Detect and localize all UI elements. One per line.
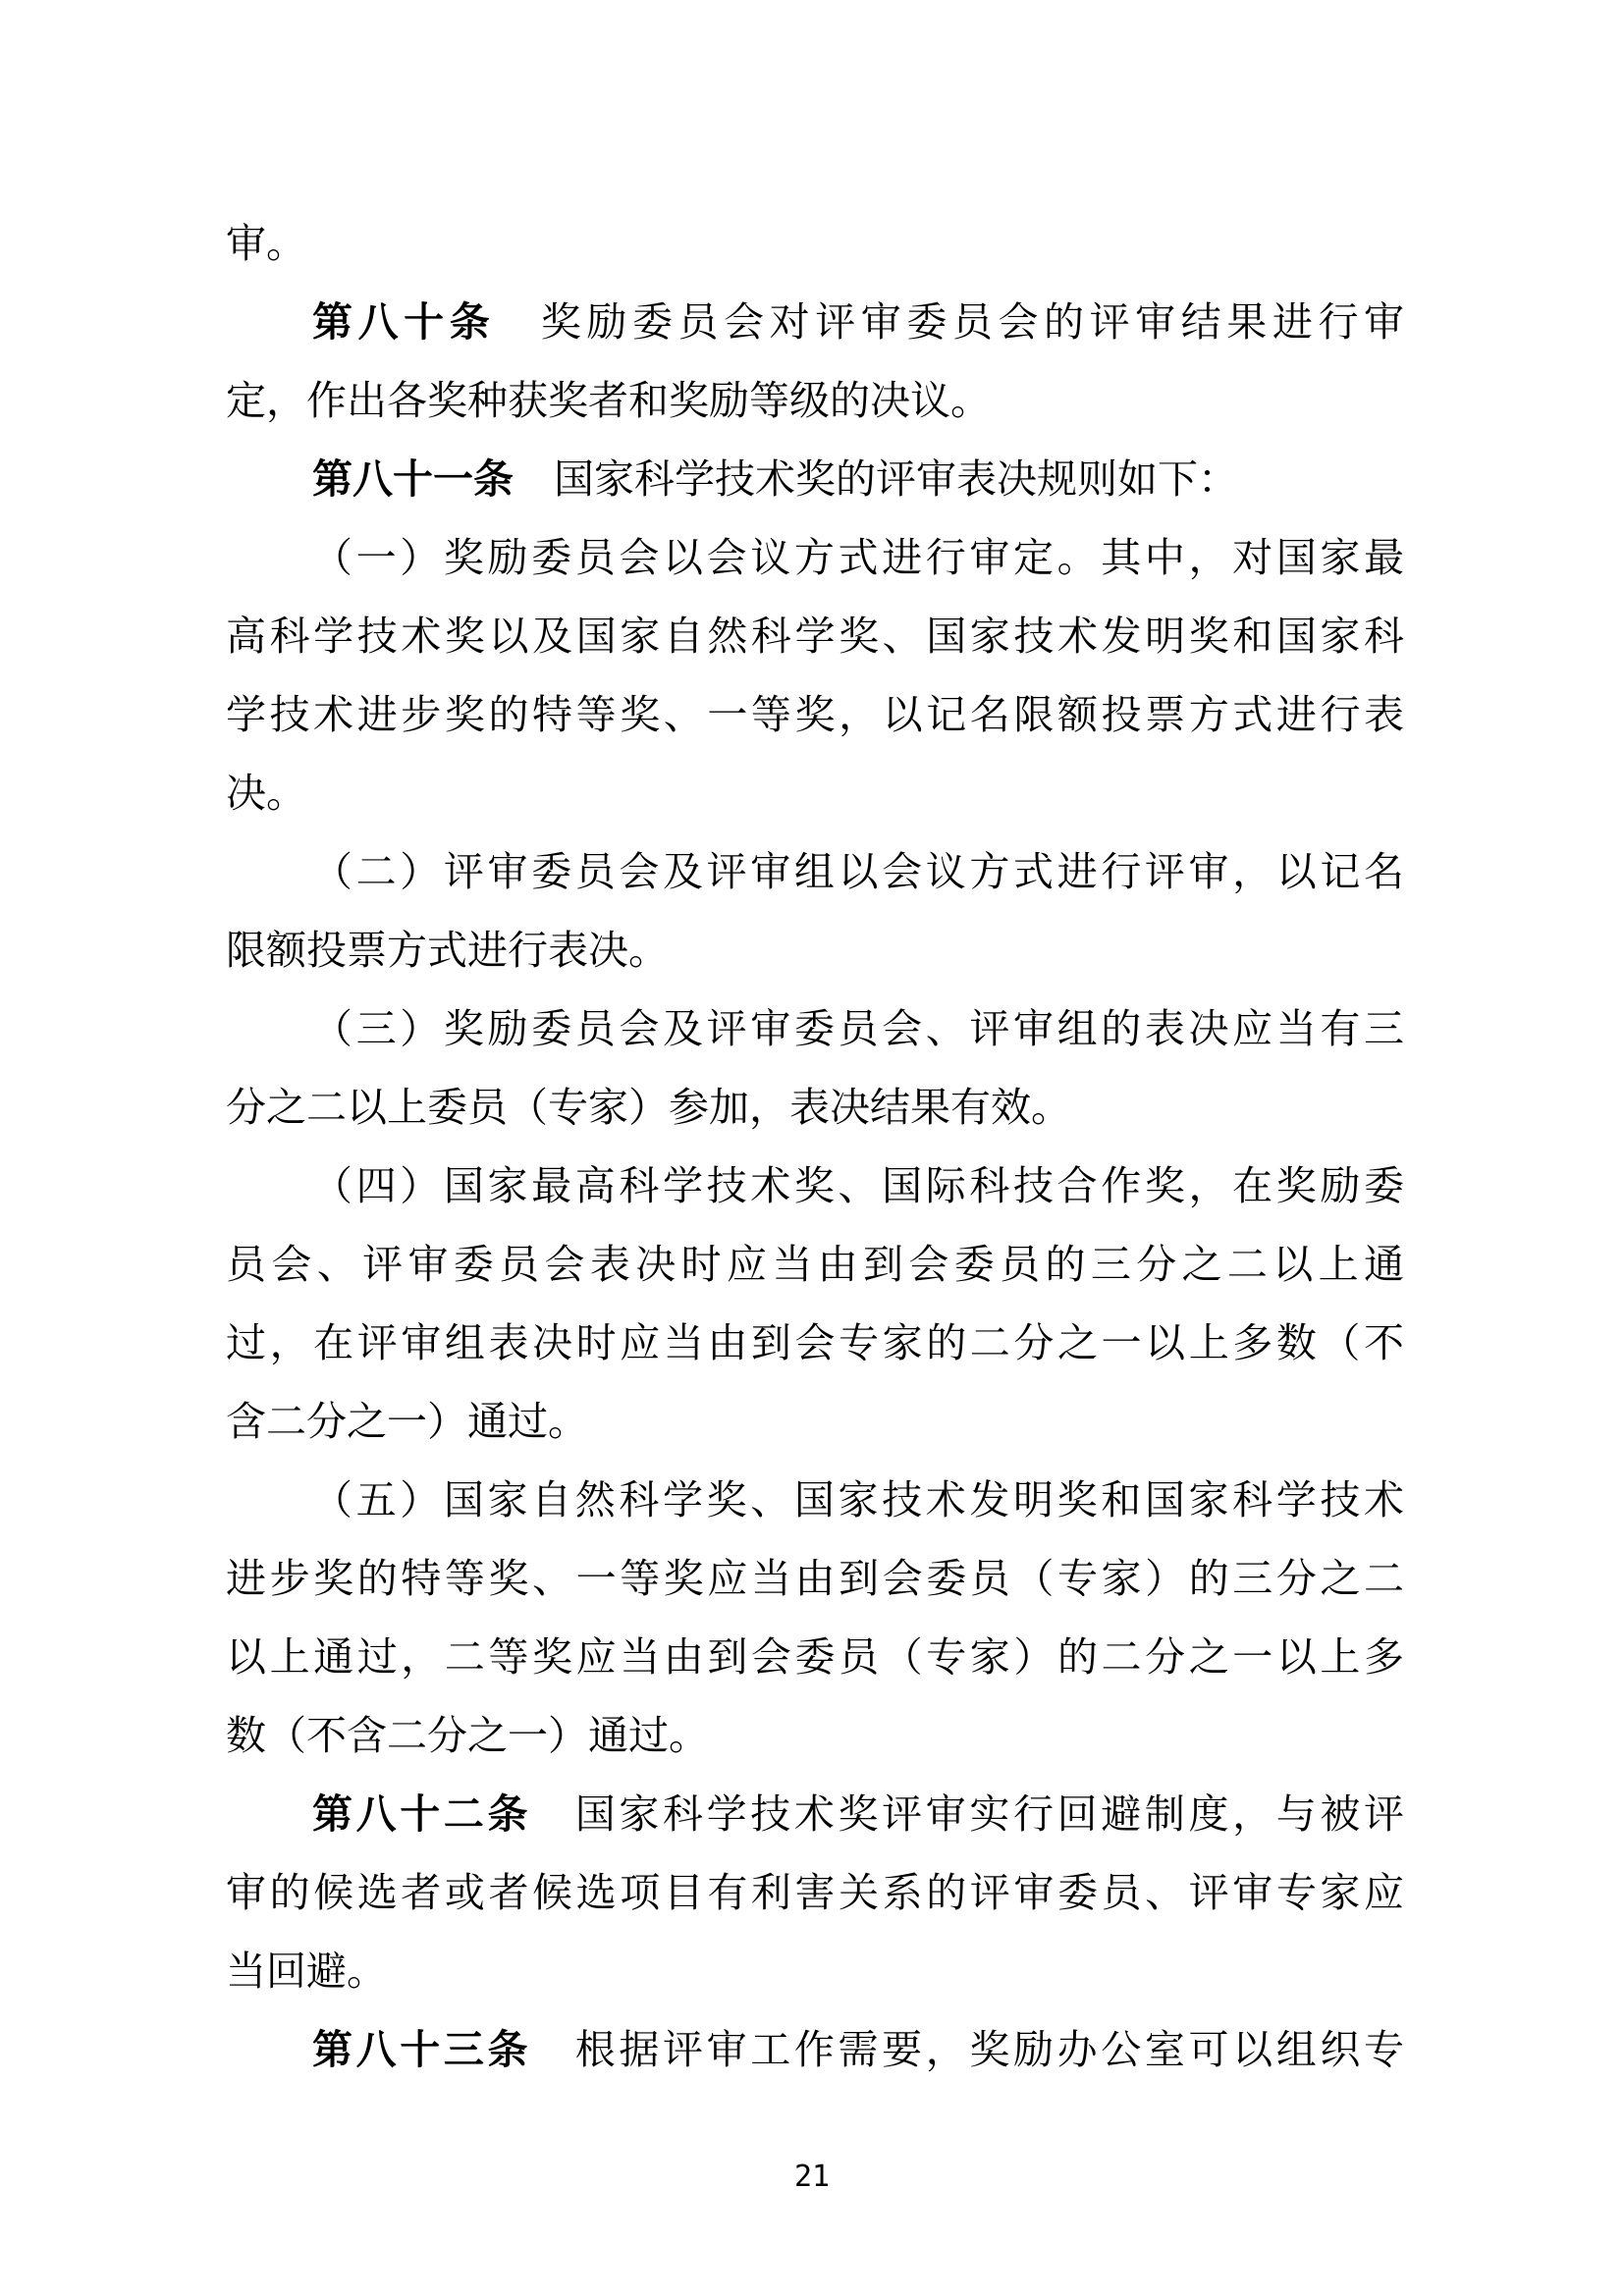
text-line: 第八十三条 根据评审工作需要，奖励办公室可以组织专 bbox=[226, 2010, 1404, 2089]
text-line: （一）奖励委员会以会议方式进行审定。其中，对国家最 bbox=[226, 518, 1404, 597]
body-text: 高科学技术奖以及国家自然科学奖、国家技术发明奖和国家科 bbox=[226, 614, 1404, 659]
body-text: 国家科学技术奖评审实行回避制度，与被评 bbox=[531, 1791, 1404, 1837]
text-line: （四）国家最高科学技术奖、国际科技合作奖，在奖励委 bbox=[226, 1147, 1404, 1225]
text-line: （三）奖励委员会及评审委员会、评审组的表决应当有三 bbox=[226, 989, 1404, 1068]
text-line: 审。 bbox=[226, 204, 1404, 283]
body-text: 奖励委员会对评审委员会的评审结果进行审 bbox=[495, 299, 1404, 345]
body-text: 员会、评审委员会表决时应当由到会委员的三分之二以上通 bbox=[226, 1242, 1404, 1287]
body-text: （二）评审委员会及评审组以会议方式进行评审，以记名 bbox=[312, 849, 1404, 894]
text-line: 第八十条 奖励委员会对评审委员会的评审结果进行审 bbox=[226, 283, 1404, 361]
text-line: 数（不含二分之一）通过。 bbox=[226, 1696, 1404, 1775]
article-number: 第八十二条 bbox=[312, 1791, 531, 1837]
body-text: 含二分之一）通过。 bbox=[226, 1399, 588, 1444]
body-text: 过，在评审组表决时应当由到会专家的二分之一以上多数（不 bbox=[226, 1320, 1404, 1365]
text-line: 以上通过，二等奖应当由到会委员（专家）的二分之一以上多 bbox=[226, 1618, 1404, 1696]
body-text: 国家科学技术奖的评审表决规则如下： bbox=[514, 456, 1238, 502]
body-text: 限额投票方式进行表决。 bbox=[226, 928, 669, 973]
body-text: 定，作出各奖种获奖者和奖励等级的决议。 bbox=[226, 378, 991, 423]
body-text: 进步奖的特等奖、一等奖应当由到会委员（专家）的三分之二 bbox=[226, 1556, 1404, 1601]
text-line: 员会、评审委员会表决时应当由到会委员的三分之二以上通 bbox=[226, 1225, 1404, 1304]
body-text: 审的候选者或者候选项目有利害关系的评审委员、评审专家应 bbox=[226, 1870, 1404, 1915]
text-line: （二）评审委员会及评审组以会议方式进行评审，以记名 bbox=[226, 832, 1404, 911]
body-text: （五）国家自然科学奖、国家技术发明奖和国家科学技术 bbox=[312, 1477, 1404, 1522]
body-text: （三）奖励委员会及评审委员会、评审组的表决应当有三 bbox=[312, 1006, 1404, 1051]
body-text: 以上通过，二等奖应当由到会委员（专家）的二分之一以上多 bbox=[226, 1634, 1404, 1680]
body-text: 数（不含二分之一）通过。 bbox=[226, 1713, 709, 1758]
text-line: 限额投票方式进行表决。 bbox=[226, 911, 1404, 989]
body-text: 学技术进步奖的特等奖、一等奖，以记名限额投票方式进行表 bbox=[226, 692, 1404, 737]
text-line: 高科学技术奖以及国家自然科学奖、国家技术发明奖和国家科 bbox=[226, 597, 1404, 675]
text-line: 第八十二条 国家科学技术奖评审实行回避制度，与被评 bbox=[226, 1775, 1404, 1853]
text-line: 决。 bbox=[226, 754, 1404, 832]
text-line: （五）国家自然科学奖、国家技术发明奖和国家科学技术 bbox=[226, 1461, 1404, 1539]
text-line: 学技术进步奖的特等奖、一等奖，以记名限额投票方式进行表 bbox=[226, 675, 1404, 754]
text-line: 定，作出各奖种获奖者和奖励等级的决议。 bbox=[226, 361, 1404, 440]
body-text: 决。 bbox=[226, 771, 306, 816]
text-line: 审的候选者或者候选项目有利害关系的评审委员、评审专家应 bbox=[226, 1853, 1404, 1932]
text-line: 分之二以上委员（专家）参加，表决结果有效。 bbox=[226, 1068, 1404, 1147]
article-number: 第八十条 bbox=[312, 299, 495, 345]
document-page: 审。第八十条 奖励委员会对评审委员会的评审结果进行审定，作出各奖种获奖者和奖励等… bbox=[0, 0, 1624, 2296]
document-body: 审。第八十条 奖励委员会对评审委员会的评审结果进行审定，作出各奖种获奖者和奖励等… bbox=[226, 204, 1404, 2089]
body-text: （四）国家最高科学技术奖、国际科技合作奖，在奖励委 bbox=[312, 1163, 1404, 1208]
article-number: 第八十一条 bbox=[312, 456, 514, 502]
text-line: 过，在评审组表决时应当由到会专家的二分之一以上多数（不 bbox=[226, 1304, 1404, 1382]
body-text: 根据评审工作需要，奖励办公室可以组织专 bbox=[531, 2027, 1404, 2072]
text-line: 第八十一条 国家科学技术奖的评审表决规则如下： bbox=[226, 440, 1404, 518]
body-text: （一）奖励委员会以会议方式进行审定。其中，对国家最 bbox=[312, 535, 1404, 580]
body-text: 审。 bbox=[226, 221, 306, 266]
body-text: 当回避。 bbox=[226, 1949, 387, 1994]
page-number: 21 bbox=[0, 2158, 1624, 2197]
article-number: 第八十三条 bbox=[312, 2027, 531, 2072]
text-line: 进步奖的特等奖、一等奖应当由到会委员（专家）的三分之二 bbox=[226, 1539, 1404, 1618]
text-line: 含二分之一）通过。 bbox=[226, 1382, 1404, 1461]
text-line: 当回避。 bbox=[226, 1932, 1404, 2010]
body-text: 分之二以上委员（专家）参加，表决结果有效。 bbox=[226, 1085, 1071, 1130]
